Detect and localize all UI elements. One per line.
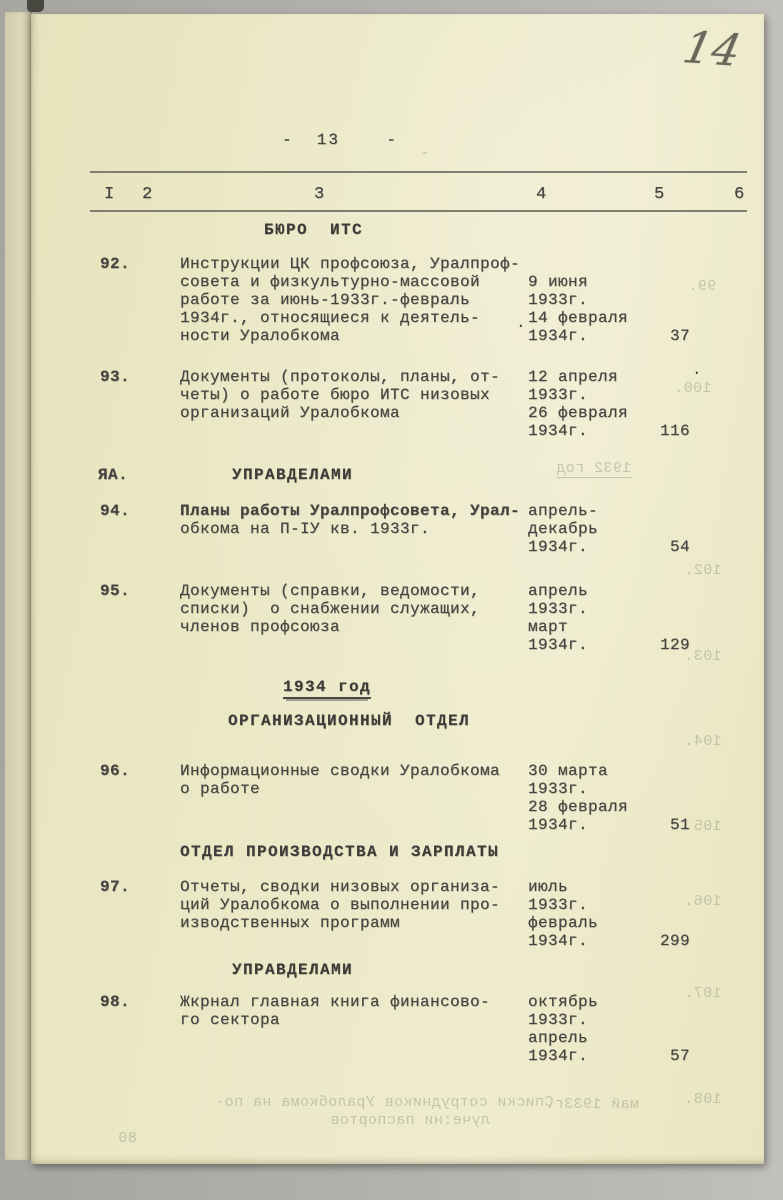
entry-number: 93. — [100, 368, 130, 386]
bleed-text: 80 — [118, 1130, 137, 1147]
entry-date-line: 1934г. — [528, 538, 588, 556]
bleed-text: 100. — [674, 380, 712, 397]
bleed-text: Списки сотрудников Уралобкома на по- — [215, 1094, 553, 1111]
entry-desc-line: о работе — [180, 780, 260, 798]
entry-desc-line: Инструкции ЦК профсоюза, Уралпроф- — [180, 255, 520, 273]
entry-date-line: 1934г. — [528, 327, 588, 345]
struck-entry-number: ЯА. — [98, 466, 128, 484]
entry-date-line: 1933г. — [528, 600, 588, 618]
bleed-text: 103. — [684, 648, 722, 665]
year-heading-1934: 1934 год — [283, 678, 371, 699]
bleed-text: 107. — [684, 985, 722, 1002]
entry-sheet-count: 37 — [618, 327, 690, 345]
entry-number: 95. — [100, 582, 130, 600]
entry-desc-line: Жкрнал главная книга финансово- — [180, 993, 490, 1011]
entry-date-line: 1933г. — [528, 1011, 588, 1029]
entry-date-line: апрель — [528, 582, 588, 600]
entry-desc-line: Документы (справки, ведомости, — [180, 582, 480, 600]
table-header-rule-top — [90, 171, 747, 173]
bleed-text: 105. — [684, 818, 722, 835]
entry-sheet-count: 57 — [618, 1047, 690, 1065]
section-heading-proizvodstva: ОТДЕЛ ПРОИЗВОДСТВА И ЗАРПЛАТЫ — [180, 843, 499, 861]
column-number-4: 4 — [536, 186, 547, 204]
entry-date-line: июль — [528, 878, 568, 896]
entry-date-line: 30 марта — [528, 762, 608, 780]
entry-desc-line: изводственных программ — [180, 914, 400, 932]
entry-date-line: октябрь — [528, 993, 598, 1011]
entry-date-line: 1934г. — [528, 636, 588, 654]
bleed-text: - — [420, 145, 429, 162]
handwritten-folio-number: 14 — [679, 22, 746, 76]
entry-date-line: 1933г. — [528, 896, 588, 914]
section-heading-buro-its: БЮРО ИТС — [264, 221, 363, 239]
entry-date-line: 26 февраля — [528, 404, 628, 422]
entry-date-line: 1933г. — [528, 386, 588, 404]
entry-sheet-count: 299 — [618, 932, 690, 950]
ink-speck: . — [692, 361, 702, 379]
entry-date-line: 12 апреля — [528, 368, 618, 386]
entry-desc-line: организаций Уралобкома — [180, 404, 400, 422]
entry-desc-line: Планы работы Уралпрофсовета, Урал- — [180, 502, 520, 520]
entry-desc-line: четы) о работе бюро ИТС низовых — [180, 386, 490, 404]
section-heading-upravdelami-1: УПРАВДЕЛАМИ — [232, 466, 353, 484]
entry-desc-line: ности Уралобкома — [180, 327, 340, 345]
bleed-text: 102. — [684, 562, 722, 579]
entry-date-line: 1933г. — [528, 780, 588, 798]
bleed-text: 104. — [684, 733, 722, 750]
entry-sheet-count: 116 — [618, 422, 690, 440]
scanned-archive-page: 14 - 13 - I 2 3 4 5 6 БЮРО ИТС 92. Инстр… — [0, 0, 783, 1200]
entry-date-line: март — [528, 618, 568, 636]
page-content: 14 - 13 - I 2 3 4 5 6 БЮРО ИТС 92. Инстр… — [0, 0, 783, 1200]
entry-number: 96. — [100, 762, 130, 780]
entry-desc-line: работе за июнь-1933г.-февраль — [180, 291, 470, 309]
entry-sheet-count: 54 — [618, 538, 690, 556]
column-number-3: 3 — [314, 186, 325, 204]
column-number-6: 6 — [734, 186, 745, 204]
entry-date-line: 9 июня — [528, 273, 588, 291]
section-heading-upravdelami-2: УПРАВДЕЛАМИ — [232, 961, 353, 979]
entry-desc-line: совета и физкультурно-массовой — [180, 273, 480, 291]
entry-date-line: декабрь — [528, 520, 598, 538]
entry-date-line: февраль — [528, 914, 598, 932]
entry-date-line: апрель- — [528, 502, 598, 520]
entry-number: 98. — [100, 993, 130, 1011]
typed-page-number: - 13 - — [282, 131, 398, 149]
entry-desc-line: Информационные сводки Уралобкома — [180, 762, 500, 780]
entry-date-line: 1934г. — [528, 1047, 588, 1065]
entry-desc-line: списки) о снабжении служащих, — [180, 600, 480, 618]
entry-desc-line: ций Уралобкома о выполнении про- — [180, 896, 500, 914]
bleed-text: май 1933г. — [545, 1096, 639, 1113]
entry-desc-line: го сектора — [180, 1011, 280, 1029]
entry-number: 97. — [100, 878, 130, 896]
entry-date-line: 14 февраля — [528, 309, 628, 327]
entry-desc-line: членов профсоюза — [180, 618, 340, 636]
ink-speck: . — [516, 314, 526, 332]
entry-date-line: 28 февраля — [528, 798, 628, 816]
column-number-2: 2 — [142, 186, 153, 204]
entry-date-line: 1934г. — [528, 932, 588, 950]
bleed-text: 99. — [688, 278, 716, 295]
entry-date-line: 1934г. — [528, 422, 588, 440]
column-number-5: 5 — [654, 186, 665, 204]
entry-sheet-count: 129 — [618, 636, 690, 654]
entry-desc-line: Отчеты, сводки низовых организа- — [180, 878, 500, 896]
entry-date-line: 1934г. — [528, 816, 588, 834]
entry-date-line: апрель — [528, 1029, 588, 1047]
entry-number: 94. — [100, 502, 130, 520]
column-number-1: I — [104, 186, 115, 204]
entry-sheet-count: 51 — [618, 816, 690, 834]
bleed-text: 108. — [684, 1091, 722, 1108]
bleed-text: 106. — [684, 893, 722, 910]
entry-desc-line: 1934г., относящиеся к деятель- — [180, 309, 480, 327]
entry-date-line: 1933г. — [528, 291, 588, 309]
table-header-rule-bottom — [90, 210, 747, 212]
entry-desc-line: Документы (протоколы, планы, от- — [180, 368, 500, 386]
bleed-text: луче:ни паспортов — [330, 1112, 490, 1129]
entry-number: 92. — [100, 255, 130, 273]
section-heading-org-otdel: ОРГАНИЗАЦИОННЫЙ ОТДЕЛ — [228, 712, 470, 730]
entry-desc-line: обкома на П-IУ кв. 1933г. — [180, 520, 430, 538]
bleed-text: 1932 год — [556, 460, 631, 478]
